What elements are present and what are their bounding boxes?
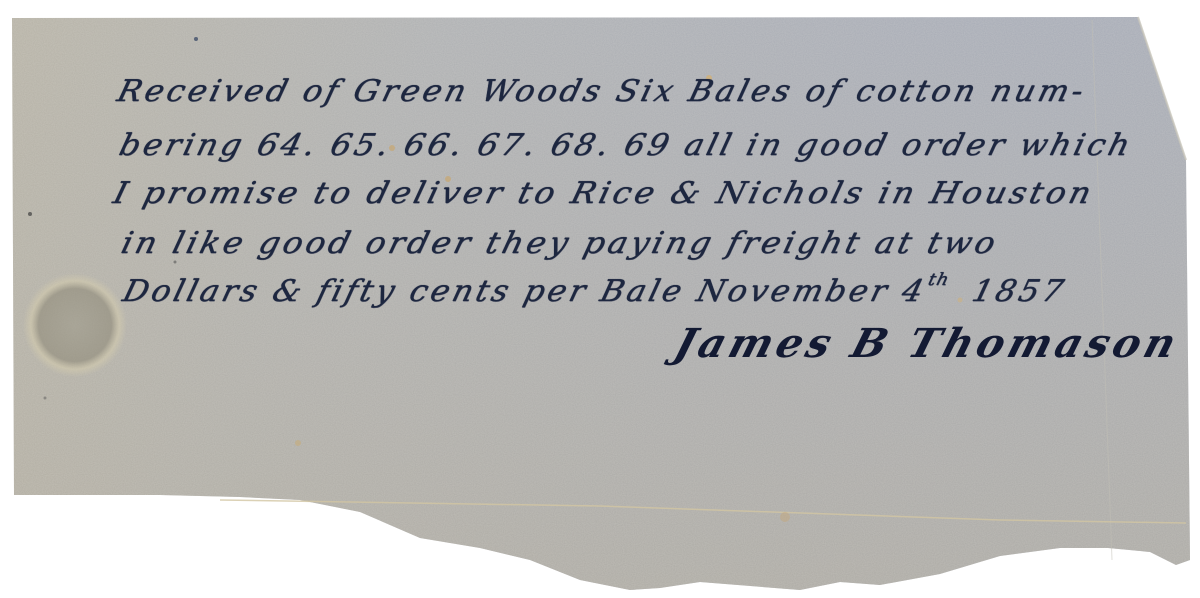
water-stain bbox=[23, 273, 127, 377]
paper-sheet bbox=[0, 0, 1200, 598]
